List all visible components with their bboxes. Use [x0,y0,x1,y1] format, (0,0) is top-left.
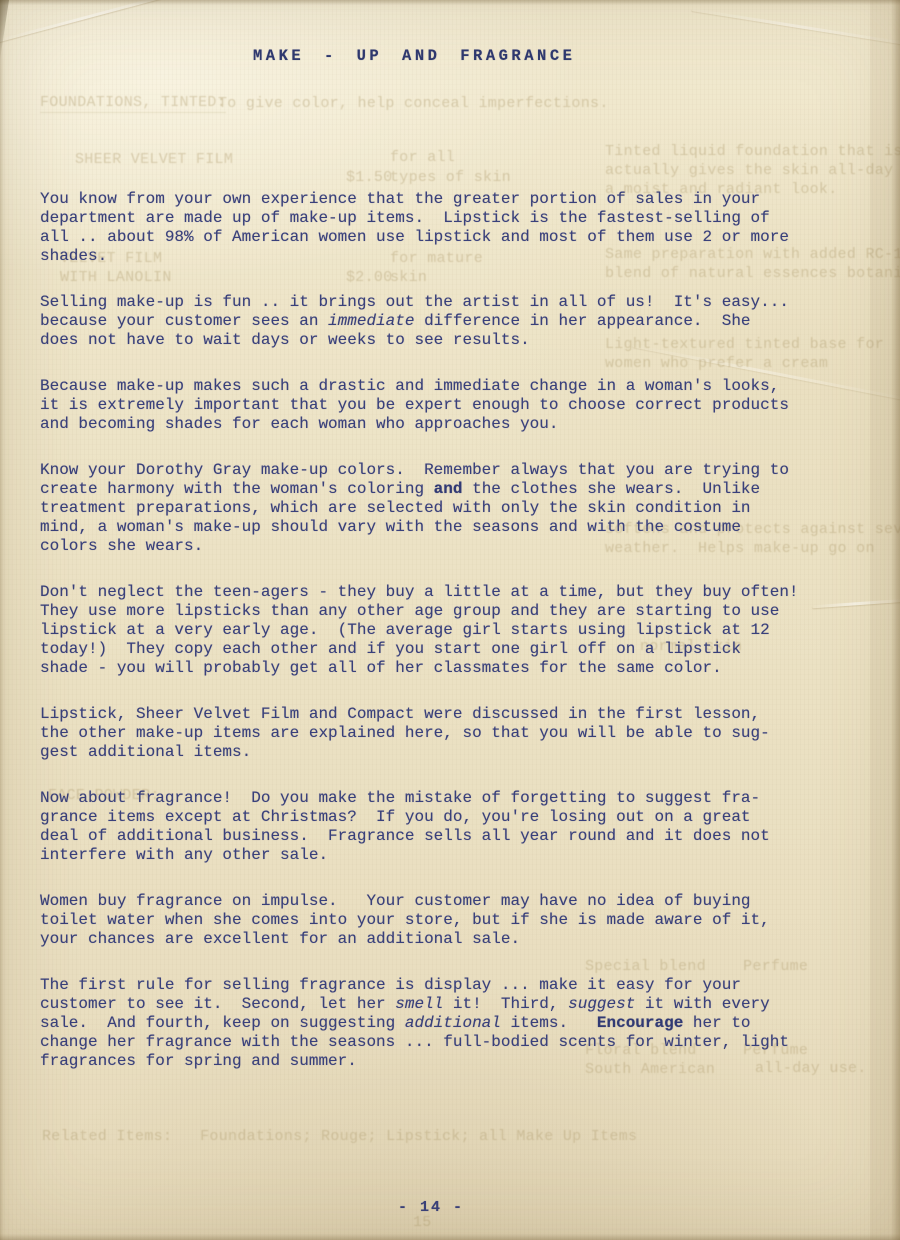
document-page: FOUNDATIONS, TINTED: To give color, help… [0,0,900,1240]
paragraph-5: Don't neglect the teen-agers - they buy … [40,583,872,678]
text-run-italic: additional [405,1014,501,1032]
paper-edge-shadow [0,1234,900,1240]
paper-crease [691,8,900,47]
bleedthrough-text: To give color, help conceal imperfection… [218,95,609,112]
text-run-italic: suggest [568,995,635,1013]
bleedthrough-text: 15 [413,1214,432,1231]
text-run: Women buy fragrance on impulse. Your cus… [40,892,770,948]
paragraph-2: Selling make-up is fun .. it brings out … [40,293,872,350]
text-run-italic: immediate [328,312,414,330]
paragraph-6: Lipstick, Sheer Velvet Film and Compact … [40,705,872,762]
text-run-italic: smell [395,995,443,1013]
text-run: Lipstick, Sheer Velvet Film and Compact … [40,705,770,761]
bleedthrough-text: for all [390,149,455,166]
text-run-bold: Encourage [597,1014,683,1032]
paragraph-4: Know your Dorothy Gray make-up colors. R… [40,461,872,556]
paragraph-8: Women buy fragrance on impulse. Your cus… [40,892,872,949]
paper-crease [0,0,195,44]
document-body: You know from your own experience that t… [40,190,872,1098]
bleedthrough-text: $1.50 [346,169,393,186]
text-run-bold: and [434,480,463,498]
text-run: Don't neglect the teen-agers - they buy … [40,583,799,677]
bleedthrough-text: Tinted liquid foundation that is [605,143,900,160]
text-run: Because make-up makes such a drastic and… [40,377,789,433]
paragraph-7: Now about fragrance! Do you make the mis… [40,789,872,865]
bleedthrough-text: actually gives the skin all-day [605,162,893,179]
paper-edge-shadow [0,0,4,1240]
paper-edge-shadow [0,0,900,5]
paragraph-3: Because make-up makes such a drastic and… [40,377,872,434]
bleedthrough-text: FOUNDATIONS, TINTED: [40,94,226,113]
text-run: items. [501,1014,597,1032]
paper-edge-shadow [870,0,900,1240]
page-title: MAKE - UP AND FRAGRANCE [253,47,575,65]
page-number: - 14 - [398,1199,464,1216]
text-run: Now about fragrance! Do you make the mis… [40,789,770,864]
paper-corner-shadow [0,0,9,60]
text-run: it! Third, [443,995,568,1013]
paper-edge-shadow [891,0,900,1240]
bleedthrough-text: Related Items: Foundations; Rouge; Lipst… [42,1128,637,1145]
paragraph-9: The first rule for selling fragrance is … [40,976,872,1071]
bleedthrough-text: SHEER VELVET FILM [75,151,233,168]
paragraph-1: You know from your own experience that t… [40,190,872,266]
bleedthrough-text: types of skin [390,169,511,186]
text-run: You know from your own experience that t… [40,190,789,265]
